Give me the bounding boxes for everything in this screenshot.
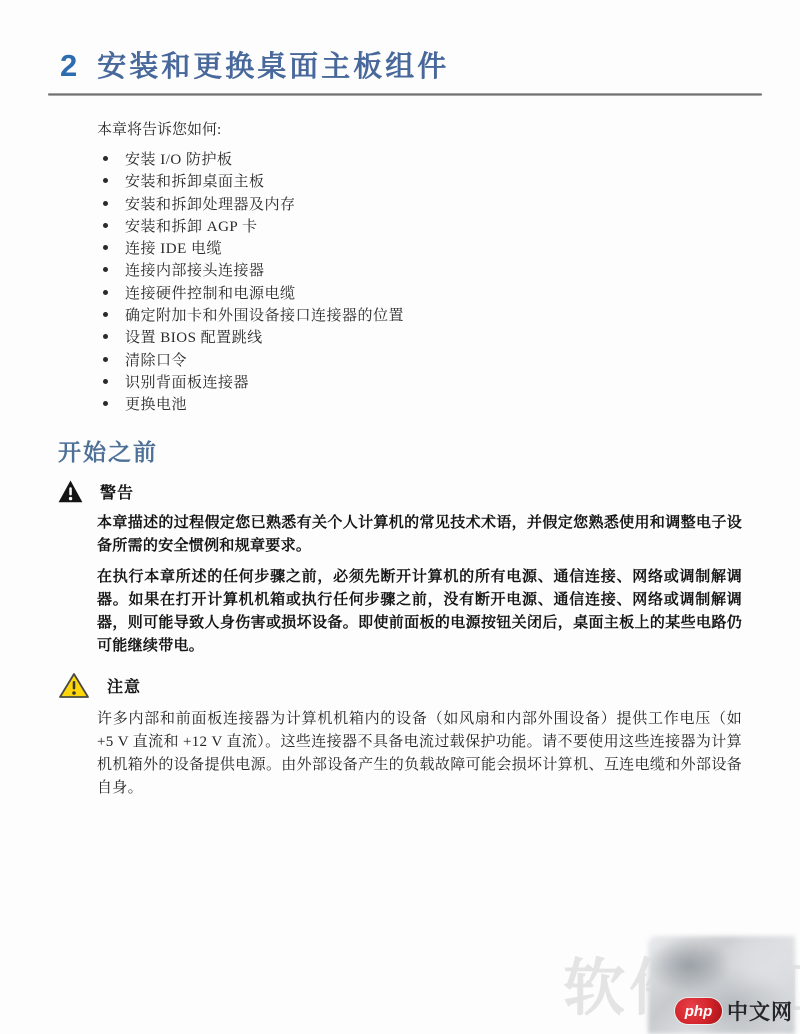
list-item: 识别背面板连接器 — [103, 370, 800, 392]
list-item-label: 清除口令 — [125, 349, 187, 370]
caution-header: 注意 — [58, 672, 800, 699]
warning-label: 警告 — [100, 480, 134, 503]
list-item-label: 更换电池 — [125, 393, 187, 414]
bullet-icon — [103, 312, 108, 317]
list-item-label: 安装 I/O 防护板 — [125, 148, 233, 169]
list-item: 连接内部接头连接器 — [103, 259, 800, 281]
bullet-icon — [103, 379, 108, 384]
caution-icon — [58, 672, 90, 699]
list-item-label: 安装和拆卸处理器及内存 — [125, 193, 296, 214]
list-item-label: 设置 BIOS 配置跳线 — [125, 326, 263, 347]
bullet-icon — [103, 156, 108, 161]
chapter-title: 安装和更换桌面主板组件 — [97, 51, 449, 84]
caution-paragraph: 许多内部和前面板连接器为计算机机箱内的设备（如风扇和内部外围设备）提供工作电压（… — [97, 708, 742, 800]
list-item: 连接硬件控制和电源电缆 — [103, 281, 800, 303]
list-item-label: 安装和拆卸 AGP 卡 — [125, 215, 257, 236]
bullet-icon — [103, 267, 108, 272]
warning-header: 警告 — [58, 480, 800, 503]
bullet-icon — [103, 334, 108, 339]
list-item: 连接 IDE 电缆 — [103, 237, 800, 259]
chapter-header: 2 安装和更换桌面主板组件 — [60, 50, 762, 84]
php-logo-text: 中文网 — [727, 996, 793, 1026]
php-logo-badge: php — [675, 998, 722, 1024]
bullet-icon — [103, 290, 108, 295]
warning-paragraph: 在执行本章所述的任何步骤之前，必须先断开计算机的所有电源、通信连接、网络或调制解… — [97, 566, 742, 658]
chapter-topic-list: 安装 I/O 防护板 安装和拆卸桌面主板 安装和拆卸处理器及内存 安装和拆卸 A… — [103, 147, 800, 415]
warning-body: 本章描述的过程假定您已熟悉有关个人计算机的常见技术术语，并假定您熟悉使用和调整电… — [97, 512, 742, 658]
list-item-label: 连接 IDE 电缆 — [125, 237, 222, 258]
list-item-label: 安装和拆卸桌面主板 — [125, 170, 265, 191]
chapter-number: 2 — [60, 50, 77, 81]
intro-text: 本章将告诉您如何: — [97, 120, 745, 140]
list-item: 安装和拆卸处理器及内存 — [103, 192, 800, 214]
bullet-icon — [103, 357, 108, 362]
list-item: 确定附加卡和外围设备接口连接器的位置 — [103, 303, 800, 325]
bullet-icon — [103, 401, 108, 406]
list-item: 安装和拆卸桌面主板 — [103, 170, 800, 192]
warning-paragraph: 本章描述的过程假定您已熟悉有关个人计算机的常见技术术语，并假定您熟悉使用和调整电… — [97, 512, 742, 558]
list-item: 安装 I/O 防护板 — [103, 147, 800, 169]
bullet-icon — [103, 245, 108, 250]
list-item-label: 识别背面板连接器 — [125, 371, 249, 392]
list-item-label: 连接硬件控制和电源电缆 — [125, 282, 296, 303]
list-item: 安装和拆卸 AGP 卡 — [103, 214, 800, 236]
section-heading: 开始之前 — [58, 434, 800, 467]
list-item-label: 确定附加卡和外围设备接口连接器的位置 — [125, 304, 404, 325]
list-item: 设置 BIOS 配置跳线 — [103, 326, 800, 348]
list-item: 清除口令 — [103, 348, 800, 370]
list-item-label: 连接内部接头连接器 — [125, 259, 265, 280]
warning-icon — [58, 480, 83, 503]
title-divider — [48, 93, 762, 96]
caution-body: 许多内部和前面板连接器为计算机机箱内的设备（如风扇和内部外围设备）提供工作电压（… — [97, 708, 742, 800]
list-item: 更换电池 — [103, 393, 800, 415]
bullet-icon — [103, 178, 108, 183]
document-page: 2 安装和更换桌面主板组件 本章将告诉您如何: 安装 I/O 防护板 安装和拆卸… — [0, 0, 800, 1034]
bullet-icon — [103, 223, 108, 228]
bullet-icon — [103, 201, 108, 206]
php-site-logo: php 中文网 — [675, 996, 793, 1026]
caution-label: 注意 — [107, 674, 141, 697]
